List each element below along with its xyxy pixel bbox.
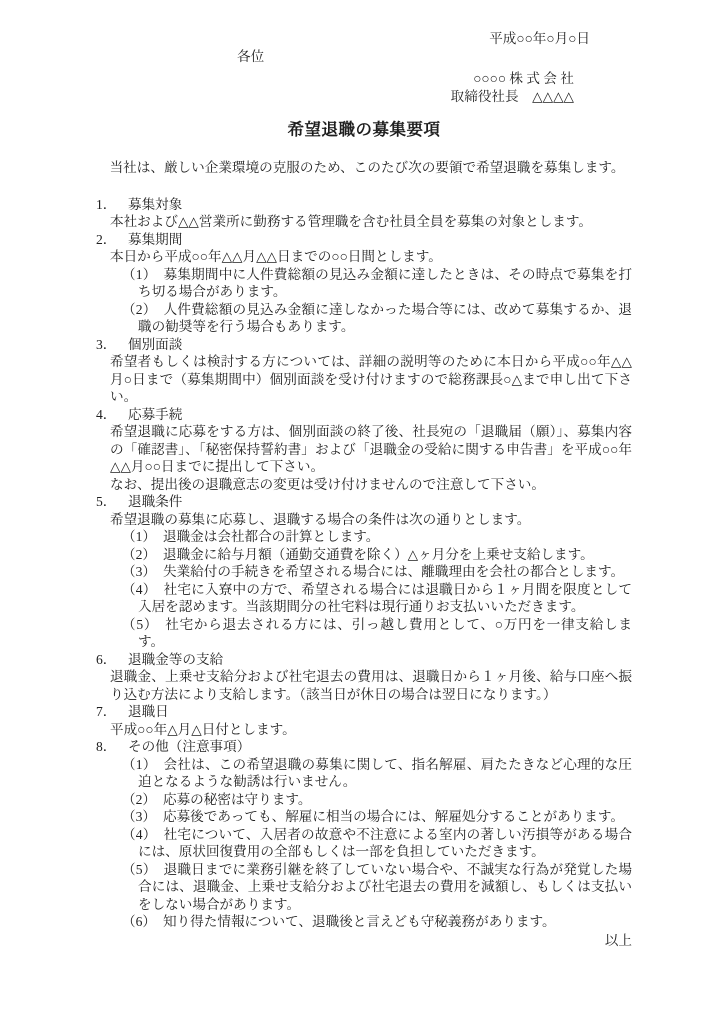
- sub-item-label: （2）: [122, 547, 156, 562]
- section: 3．個別面談希望者もしくは検討する方については、詳細の説明等のために本日から平成…: [96, 336, 632, 406]
- sub-item-text: 会社は、この希望退職の募集に関して、指名解雇、肩たたきなど心理的な圧迫となるよう…: [138, 757, 632, 790]
- section-heading: 6．退職金等の支給: [96, 651, 632, 669]
- section: 6．退職金等の支給退職金、上乗せ支給分および社宅退去の費用は、退職日から１ヶ月後…: [96, 651, 632, 704]
- sub-item: （3）応募後であっても、解雇に相当の場合には、解雇処分することがあります。: [122, 808, 632, 826]
- sub-item-text: 退職金は会社都合の計算とします。: [163, 529, 379, 544]
- sub-item: （3）失業給付の手続きを希望される場合には、離職理由を会社の都合とします。: [122, 563, 632, 581]
- sub-item: （2）人件費総額の見込み金額に達しなかった場合等には、改めて募集するか、退職の勧…: [122, 301, 632, 336]
- sub-item-label: （2）: [122, 302, 157, 317]
- sub-item: （2）退職金に給与月額（通勤交通費を除く）△ヶ月分を上乗せ支給します。: [122, 546, 632, 564]
- signer: 取締役社長 △△△△: [96, 88, 574, 106]
- sub-item: （4）社宅について、入居者の故意や不注意による室内の著しい汚損等がある場合には、…: [122, 826, 632, 861]
- section-number: 7．: [96, 703, 128, 721]
- section-heading: 2．募集期間: [96, 231, 632, 249]
- intro-paragraph: 当社は、厳しい企業環境の克服のため、このたび次の要領で希望退職を募集します。: [96, 159, 632, 177]
- sub-item-text: 募集期間中に人件費総額の見込み金額に達したときは、その時点で募集を打ち切る場合が…: [138, 267, 632, 300]
- section-heading-text: 募集対象: [128, 197, 182, 212]
- sub-item-label: （2）: [122, 792, 156, 807]
- section-number: 2．: [96, 231, 128, 249]
- section-heading-text: 退職条件: [128, 494, 182, 509]
- sub-item-label: （4）: [122, 582, 157, 597]
- sub-item-label: （5）: [122, 617, 158, 632]
- sub-item-text: 社宅について、入居者の故意や不注意による室内の著しい汚損等がある場合には、原状回…: [138, 827, 632, 860]
- sub-item: （1）募集期間中に人件費総額の見込み金額に達したときは、その時点で募集を打ち切る…: [122, 266, 632, 301]
- closing: 以上: [96, 932, 632, 950]
- sub-item-text: 人件費総額の見込み金額に達しなかった場合等には、改めて募集するか、退職の勧奨等を…: [138, 302, 632, 335]
- section-heading-text: 応募手続: [128, 407, 182, 422]
- sub-item: （6）知り得た情報について、退職後と言えども守秘義務があります。: [122, 913, 632, 931]
- section-paragraph: 希望退職に応募をする方は、個別面談の終了後、社長宛の「退職届（願）」、募集内容の…: [110, 423, 632, 476]
- sub-item: （1）会社は、この希望退職の募集に関して、指名解雇、肩たたきなど心理的な圧迫とな…: [122, 756, 632, 791]
- section: 4．応募手続希望退職に応募をする方は、個別面談の終了後、社長宛の「退職届（願）」…: [96, 406, 632, 494]
- section-paragraph: 本社および△△営業所に勤務する管理職を含む社員全員を募集の対象とします。: [110, 213, 632, 231]
- section: 2．募集期間本日から平成○○年△△月△△日までの○○日間とします。（1）募集期間…: [96, 231, 632, 336]
- section-heading-text: 退職日: [128, 704, 169, 719]
- section-paragraph: なお、提出後の退職意志の変更は受け付けませんので注意して下さい。: [110, 476, 632, 494]
- section-heading-text: 退職金等の支給: [128, 652, 223, 667]
- sub-item: （5）退職日までに業務引継を終了していない場合や、不誠実な行為が発覚した場合には…: [122, 861, 632, 914]
- section-heading: 8．その他（注意事項）: [96, 738, 632, 756]
- sub-item-text: 社宅から退去される方には、引っ越し費用として、○万円を一律支給します。: [138, 617, 632, 650]
- section-heading-text: 募集期間: [128, 232, 182, 247]
- sub-item: （5）社宅から退去される方には、引っ越し費用として、○万円を一律支給します。: [122, 616, 632, 651]
- document-page: 平成○○年○月○日 各位 ○○○○ 株 式 会 社 取締役社長 △△△△ 希望退…: [0, 0, 724, 1024]
- section-number: 3．: [96, 336, 128, 354]
- sub-item: （2）応募の秘密は守ります。: [122, 791, 632, 809]
- sub-item-label: （3）: [122, 564, 156, 579]
- sub-item-text: 応募の秘密は守ります。: [163, 792, 311, 807]
- section-number: 5．: [96, 493, 128, 511]
- section-paragraph: 希望退職の募集に応募し、退職する場合の条件は次の通りとします。: [110, 511, 632, 529]
- sub-item-text: 社宅に入寮中の方で、希望される場合には退職日から１ヶ月間を限度として入居を認めま…: [138, 582, 632, 615]
- sub-item-label: （1）: [122, 757, 157, 772]
- section-heading-text: 個別面談: [128, 337, 182, 352]
- sub-item-text: 退職金に給与月額（通勤交通費を除く）△ヶ月分を上乗せ支給します。: [163, 547, 594, 562]
- section: 7．退職日平成○○年△月△日付とします。: [96, 703, 632, 738]
- section: 8．その他（注意事項）（1）会社は、この希望退職の募集に関して、指名解雇、肩たた…: [96, 738, 632, 931]
- sub-item-text: 応募後であっても、解雇に相当の場合には、解雇処分することがあります。: [163, 809, 624, 824]
- sections-container: 1．募集対象本社および△△営業所に勤務する管理職を含む社員全員を募集の対象としま…: [96, 196, 632, 931]
- section: 1．募集対象本社および△△営業所に勤務する管理職を含む社員全員を募集の対象としま…: [96, 196, 632, 231]
- section-paragraph: 本日から平成○○年△△月△△日までの○○日間とします。: [110, 248, 632, 266]
- document-title: 希望退職の募集要項: [96, 120, 632, 140]
- sub-item-text: 失業給付の手続きを希望される場合には、離職理由を会社の都合とします。: [163, 564, 624, 579]
- section-heading: 7．退職日: [96, 703, 632, 721]
- section-heading-text: その他（注意事項）: [128, 739, 250, 754]
- sub-item-label: （6）: [122, 914, 156, 929]
- section-paragraph: 退職金、上乗せ支給分および社宅退去の費用は、退職日から１ヶ月後、給与口座へ振り込…: [110, 668, 632, 703]
- sub-item-label: （1）: [122, 267, 157, 282]
- section-number: 8．: [96, 738, 128, 756]
- addressee: 各位: [237, 48, 632, 66]
- sub-item-label: （5）: [122, 862, 157, 877]
- sub-item-text: 退職日までに業務引継を終了していない場合や、不誠実な行為が発覚した場合には、退職…: [138, 862, 632, 912]
- section-heading: 4．応募手続: [96, 406, 632, 424]
- section-paragraph: 平成○○年△月△日付とします。: [110, 721, 632, 739]
- sub-item: （1）退職金は会社都合の計算とします。: [122, 528, 632, 546]
- sender-block: ○○○○ 株 式 会 社 取締役社長 △△△△: [96, 70, 632, 105]
- section-number: 4．: [96, 406, 128, 424]
- section: 5．退職条件希望退職の募集に応募し、退職する場合の条件は次の通りとします。（1）…: [96, 493, 632, 651]
- sub-item-label: （4）: [122, 827, 157, 842]
- company-name: ○○○○ 株 式 会 社: [96, 70, 574, 88]
- section-paragraph: 希望者もしくは検討する方については、詳細の説明等のために本日から平成○○年△△月…: [110, 353, 632, 406]
- section-number: 1．: [96, 196, 128, 214]
- section-heading: 3．個別面談: [96, 336, 632, 354]
- section-heading: 1．募集対象: [96, 196, 632, 214]
- sub-item-label: （3）: [122, 809, 156, 824]
- section-number: 6．: [96, 651, 128, 669]
- sub-item-label: （1）: [122, 529, 156, 544]
- sub-item-text: 知り得た情報について、退職後と言えども守秘義務があります。: [163, 914, 556, 929]
- sub-item: （4）社宅に入寮中の方で、希望される場合には退職日から１ヶ月間を限度として入居を…: [122, 581, 632, 616]
- date: 平成○○年○月○日: [96, 30, 632, 48]
- section-heading: 5．退職条件: [96, 493, 632, 511]
